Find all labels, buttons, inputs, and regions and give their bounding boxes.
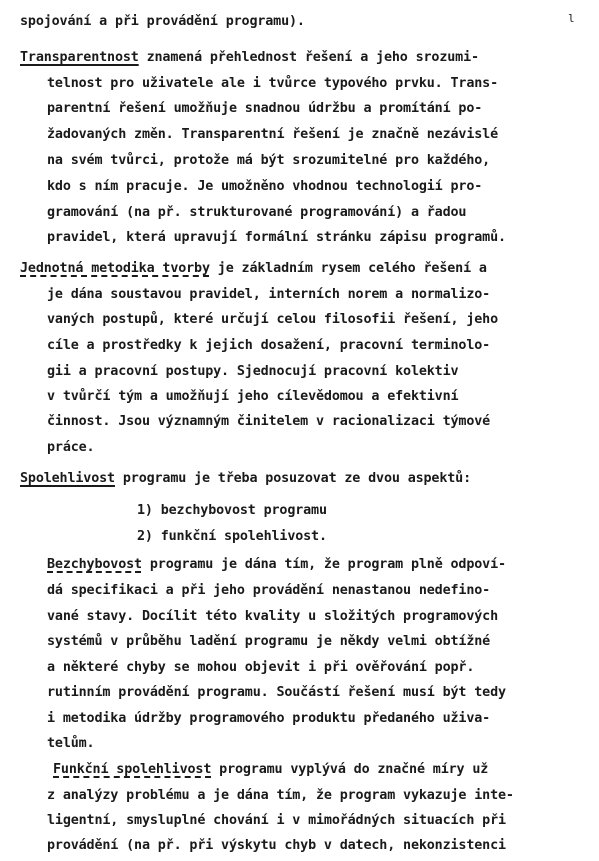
paragraph-text: programu vyplývá do značné míry už: [211, 762, 488, 777]
paragraph-line: vaných postupů, které určují celou filos…: [47, 310, 498, 330]
paragraph-line: činnost. Jsou významným činitelem v raci…: [47, 412, 490, 432]
term-transparentnost: Transparentnost: [20, 50, 139, 65]
list-item: 1) bezchybovost programu: [137, 501, 327, 521]
paragraph-line: rutinním provádění programu. Součástí ře…: [47, 683, 506, 703]
paragraph-text: programu je dána tím, že program plně od…: [142, 557, 506, 572]
paragraph-text: je základním rysem celého řešení a: [210, 261, 487, 276]
paragraph-line: dá specifikaci a při jeho provádění nena…: [47, 581, 490, 601]
paragraph-line: i metodika údržby programového produktu …: [47, 709, 490, 729]
list-item: 2) funkční spolehlivost.: [137, 527, 327, 547]
paragraph-line: telům.: [47, 734, 94, 754]
paragraph-bezchybovost-first-line: Bezchybovost programu je dána tím, že pr…: [47, 555, 506, 575]
paragraph-line: žadovaných změn. Transparentní řešení je…: [47, 125, 498, 145]
paragraph-line: ligentní, smysluplné chování i v mimořád…: [47, 811, 506, 831]
paragraph-line: gramování (na př. strukturované programo…: [47, 203, 466, 223]
paragraph-transparentnost-first-line: Transparentnost znamená přehlednost řeše…: [20, 48, 479, 68]
paragraph-line: parentní řešení umožňuje snadnou údržbu …: [47, 99, 482, 119]
paragraph-line: gii a pracovní postupy. Sjednocují praco…: [47, 362, 458, 382]
paragraph-funkcni-first-line: Funkční spolehlivost programu vyplývá do…: [53, 760, 488, 780]
paragraph-line: a některé chyby se mohou objevit i při o…: [47, 658, 474, 678]
paragraph-line: z analýzy problému a je dána tím, že pro…: [47, 786, 514, 806]
term-bezchybovost: Bezchybovost: [47, 557, 142, 572]
paragraph-line: v tvůrčí tým a umožňují jeho cílevědomou…: [47, 387, 458, 407]
term-jednotna-metodika: Jednotná metodika tvorby: [20, 261, 210, 276]
term-funkcni-spolehlivost: Funkční spolehlivost: [53, 762, 211, 777]
page-mark: l: [568, 12, 575, 26]
document-page: l spojování a při provádění programu). T…: [0, 0, 599, 861]
paragraph-spolehlivost-first-line: Spolehlivost programu je třeba posuzovat…: [20, 469, 471, 489]
paragraph-line: vané stavy. Docílit této kvality u složi…: [47, 607, 498, 627]
paragraph-line: pravidel, která upravují formální stránk…: [47, 228, 506, 248]
paragraph-metodika-first-line: Jednotná metodika tvorby je základním ry…: [20, 259, 487, 279]
paragraph-line: je dána soustavou pravidel, interních no…: [47, 285, 490, 305]
paragraph-line: kdo s ním pracuje. Je umožněno vhodnou t…: [47, 177, 482, 197]
paragraph-text: programu je třeba posuzovat ze dvou aspe…: [115, 471, 471, 486]
paragraph-line: provádění (na př. při výskytu chyb v dat…: [47, 836, 506, 856]
paragraph-line: na svém tvůrci, protože má být srozumite…: [47, 151, 490, 171]
term-spolehlivost: Spolehlivost: [20, 471, 115, 486]
paragraph-line: práce.: [47, 438, 94, 458]
intro-line: spojování a při provádění programu).: [20, 12, 305, 32]
paragraph-text: znamená přehlednost řešení a jeho srozum…: [139, 50, 479, 65]
paragraph-line: cíle a prostředky k jejich dosažení, pra…: [47, 336, 490, 356]
paragraph-line: telnost pro uživatele ale i tvůrce typov…: [47, 74, 498, 94]
paragraph-line: systémů v průběhu ladění programu je něk…: [47, 632, 490, 652]
